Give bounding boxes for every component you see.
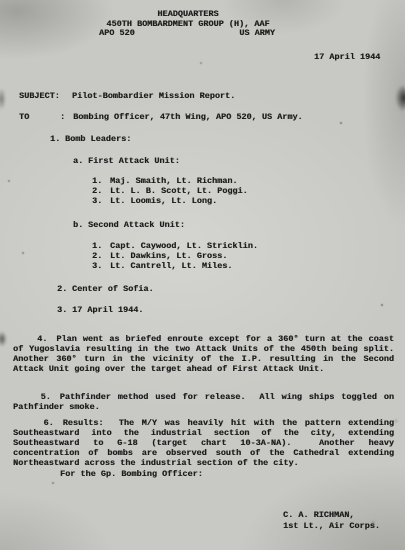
to-separator: : [60, 112, 65, 122]
para-6-results: 6.Results: The M/Y was heavily hit with … [13, 408, 394, 478]
para-number: 5. [41, 392, 51, 402]
sub-letter: a. [73, 156, 88, 166]
crew-row: 1.Capt. Caywood, Lt. Stricklin. [92, 241, 258, 251]
crew-number: 3. [92, 261, 110, 271]
crew-number: 1. [92, 241, 110, 251]
to-line: TO:Bombing Officer, 47th Wing, APO 520, … [19, 112, 303, 122]
signature-title: 1st Lt., Air Corps. [283, 521, 380, 532]
para-label: Bomb Leaders: [65, 134, 131, 144]
sub-a-first-attack-unit: a.First Attack Unit: [73, 156, 180, 166]
crew-row: 3.Lt. Loomis, Lt. Long. [92, 196, 248, 206]
scan-ink-blob-icon [395, 84, 405, 112]
para-number: 6. [44, 418, 54, 428]
crew-row: 2.Lt. L. B. Scott, Lt. Poggi. [92, 186, 248, 196]
para-3-date: 3.17 April 1944. [57, 305, 143, 315]
crew-names: Lt. Dawkins, Lt. Gross. [110, 251, 227, 261]
to-value: Bombing Officer, 47th Wing, APO 520, US … [73, 112, 303, 122]
crew-number: 2. [92, 186, 110, 196]
scan-specks-icon [0, 0, 2, 2]
crew-names: Maj. Smaith, Lt. Richman. [110, 176, 238, 186]
signature-block: C. A. RICHMAN, 1st Lt., Air Corps. [283, 510, 380, 532]
subject-label: SUBJECT: [19, 91, 72, 101]
crew-row: 2.Lt. Dawkins, Lt. Gross. [92, 251, 258, 261]
crew-number: 3. [92, 196, 110, 206]
letterhead-apo-army: APO 520 US ARMY [99, 29, 277, 39]
sub-letter: b. [73, 220, 88, 230]
closing-line: For the Gp. Bombing Officer: [60, 469, 203, 479]
letterhead-apo: APO 520 [99, 29, 135, 39]
crew-row: 3.Lt. Cantrell, Lt. Miles. [92, 261, 258, 271]
letterhead-group: 450TH BOMBARDMENT GROUP (H), AAF [0, 20, 376, 30]
subject-value: Pilot-Bombardier Mission Report. [72, 91, 235, 101]
para-number: 1. [50, 134, 65, 144]
second-attack-unit-crews: 1.Capt. Caywood, Lt. Stricklin. 2.Lt. Da… [92, 241, 258, 271]
first-attack-unit-crews: 1.Maj. Smaith, Lt. Richman. 2.Lt. L. B. … [92, 176, 248, 206]
para-1-bomb-leaders: 1.Bomb Leaders: [50, 134, 131, 144]
para-text: Plan went as briefed enroute except for … [13, 334, 404, 374]
sub-b-second-attack-unit: b.Second Attack Unit: [73, 220, 185, 230]
crew-number: 2. [92, 251, 110, 261]
para-number: 3. [57, 305, 72, 315]
sub-label: First Attack Unit: [88, 156, 180, 166]
scan-smudge-icon [0, 331, 7, 347]
para-text: Results: The M/Y was heavily hit with th… [13, 418, 399, 468]
crew-names: Lt. L. B. Scott, Lt. Poggi. [110, 186, 248, 196]
subject-line: SUBJECT:Pilot-Bombardier Mission Report. [19, 91, 235, 101]
crew-names: Lt. Cantrell, Lt. Miles. [110, 261, 232, 271]
scan-smudge-icon [0, 88, 6, 110]
letterhead-army: US ARMY [239, 29, 275, 39]
sub-label: Second Attack Unit: [88, 220, 185, 230]
para-4-plan: 4.Plan went as briefed enroute except fo… [13, 324, 394, 384]
crew-names: Lt. Loomis, Lt. Long. [110, 196, 217, 206]
crew-row: 1.Maj. Smaith, Lt. Richman. [92, 176, 248, 186]
letterhead: HEADQUARTERS 450TH BOMBARDMENT GROUP (H)… [0, 10, 376, 39]
crew-number: 1. [92, 176, 110, 186]
date-line: 17 April 1944 [314, 52, 380, 62]
para-number: 4. [37, 334, 47, 344]
para-text: 17 April 1944. [72, 305, 143, 315]
crew-names: Capt. Caywood, Lt. Stricklin. [110, 241, 258, 251]
signature-name: C. A. RICHMAN, [283, 510, 380, 521]
para-2-target: 2.Center of Sofia. [57, 284, 154, 294]
to-label: TO [19, 112, 60, 122]
para-number: 2. [57, 284, 72, 294]
para-text: Center of Sofia. [72, 284, 154, 294]
document-page: HEADQUARTERS 450TH BOMBARDMENT GROUP (H)… [0, 0, 405, 550]
